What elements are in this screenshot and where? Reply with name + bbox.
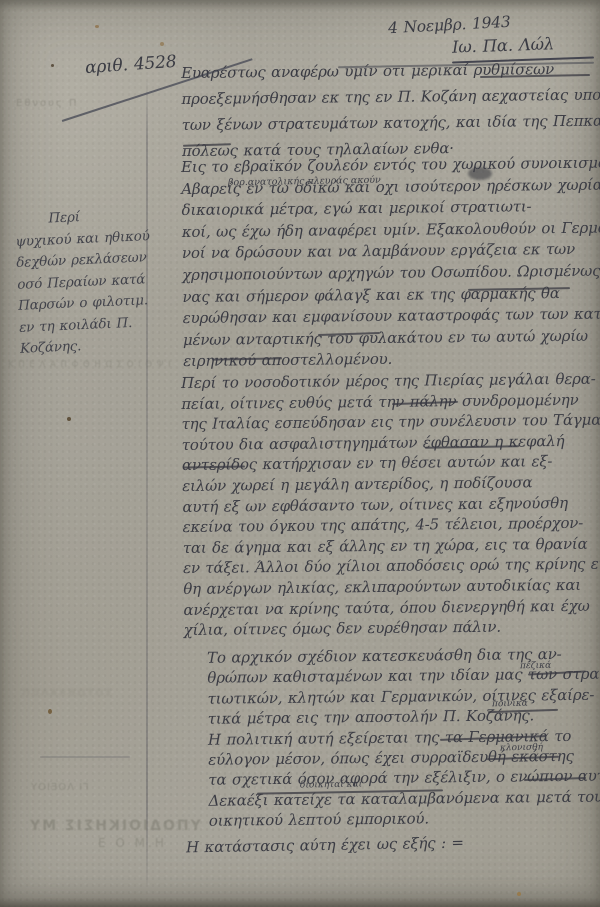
faint-bleedthrough-text-mirrored: ΓΙ ΛΟΕΙΟΥ bbox=[30, 782, 89, 793]
interlinear-insertion: πεζικά bbox=[520, 661, 551, 672]
handwritten-line: χίλια, οίτινες όμως δεν ευρέθησαν πάλιν. bbox=[184, 616, 600, 641]
date: 4 Νοεμβρ. 1943 bbox=[388, 13, 511, 37]
faint-underline bbox=[40, 756, 130, 758]
paper-top-edge-shading bbox=[0, 0, 600, 10]
faint-bleedthrough-text: ΠΟΛΑΧΘΩΤΟΣ bbox=[22, 688, 114, 699]
signature: Ιω. Πα. Λώλ bbox=[452, 34, 555, 57]
rust-spot bbox=[160, 42, 164, 46]
handwritten-line: οικητικού λεπτού εμπορικού. bbox=[183, 807, 599, 832]
handwritten-line: των ξένων στρατευμάτων κατοχής, και ιδία… bbox=[182, 108, 598, 138]
interlinear-insertion: διοικηταί και bbox=[300, 779, 362, 790]
paragraph-3: Περί το νοσοδοτικόν μέρος της Πιερίας με… bbox=[181, 369, 600, 641]
paragraph-1: Ευαρέστως αναφέρω υμίν οτι μερικαί ρυθμί… bbox=[181, 56, 598, 164]
margin-note: Περίψυχικού και ηθικούδεχθών ρεκλάσεωνοσ… bbox=[14, 202, 192, 360]
faint-bleedthrough-text: Ε Ο Μ.Η bbox=[98, 836, 167, 850]
faint-bleedthrough-text-mirrored: ΥΠΟΔΙΟΙΚΗΣΙΣ ΜΥ bbox=[28, 818, 201, 834]
vertical-fold-crease bbox=[146, 76, 148, 884]
interlinear-insertion: ποινικά bbox=[492, 699, 528, 710]
rust-spot bbox=[51, 64, 54, 67]
rust-spot bbox=[95, 25, 99, 28]
rust-spot bbox=[67, 417, 71, 421]
faint-bleedthrough-caps: Κ Π Ε Λ Α Π Φ Θ Η Ω Σ Ο Ι Θ Ψ Ι bbox=[8, 360, 172, 370]
interlinear-insertion: κλονισθή bbox=[500, 743, 543, 754]
closing-line: Η κατάστασις αύτη έχει ως εξής : = bbox=[186, 834, 464, 857]
rust-spot bbox=[48, 709, 52, 714]
reference-number: αριθ. 4528 bbox=[84, 52, 177, 78]
paragraph-4: Το αρχικόν σχέδιον κατεσκευάσθη δια της … bbox=[181, 644, 599, 832]
paper-bottom-edge-shading bbox=[0, 898, 600, 907]
handwritten-line: αντερίδος κατήρχισαν εν τη θέσει αυτών κ… bbox=[182, 451, 598, 476]
rust-spot bbox=[517, 892, 521, 896]
faint-stamp-text: Εθνους Π bbox=[16, 98, 79, 109]
scanned-document: αριθ. 4528 4 Νοεμβρ. 1943 Ιω. Πα. Λώλ Εθ… bbox=[0, 0, 600, 907]
